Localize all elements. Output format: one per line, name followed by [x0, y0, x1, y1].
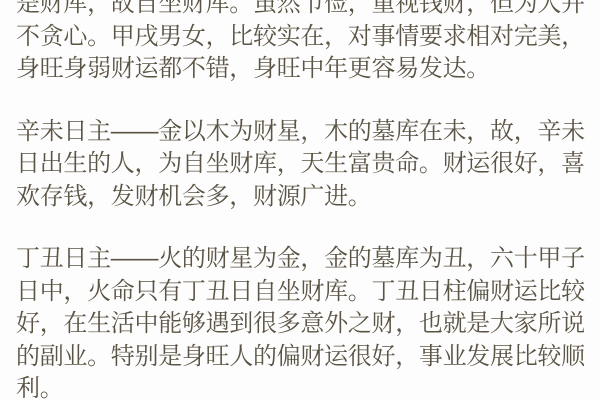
article-body: 是财库，故自坐财库。虽然节俭，重视钱财，但为人并 不贪心。甲戌男女，比较实在，对… — [16, 0, 594, 400]
paragraph: 丁丑日主——火的财星为金，金的墓库为丑，六十甲子 日中，火命只有丁丑日自坐财库。… — [16, 243, 594, 400]
article-page: 是财库，故自坐财库。虽然节俭，重视钱财，但为人并 不贪心。甲戌男女，比较实在，对… — [0, 0, 600, 400]
paragraph: 辛未日主——金以木为财星，木的墓库在未，故，辛未 日出生的人，为自坐财库，天生富… — [16, 116, 594, 214]
paragraph: 是财库，故自坐财库。虽然节俭，重视钱财，但为人并 不贪心。甲戌男女，比较实在，对… — [16, 0, 594, 86]
